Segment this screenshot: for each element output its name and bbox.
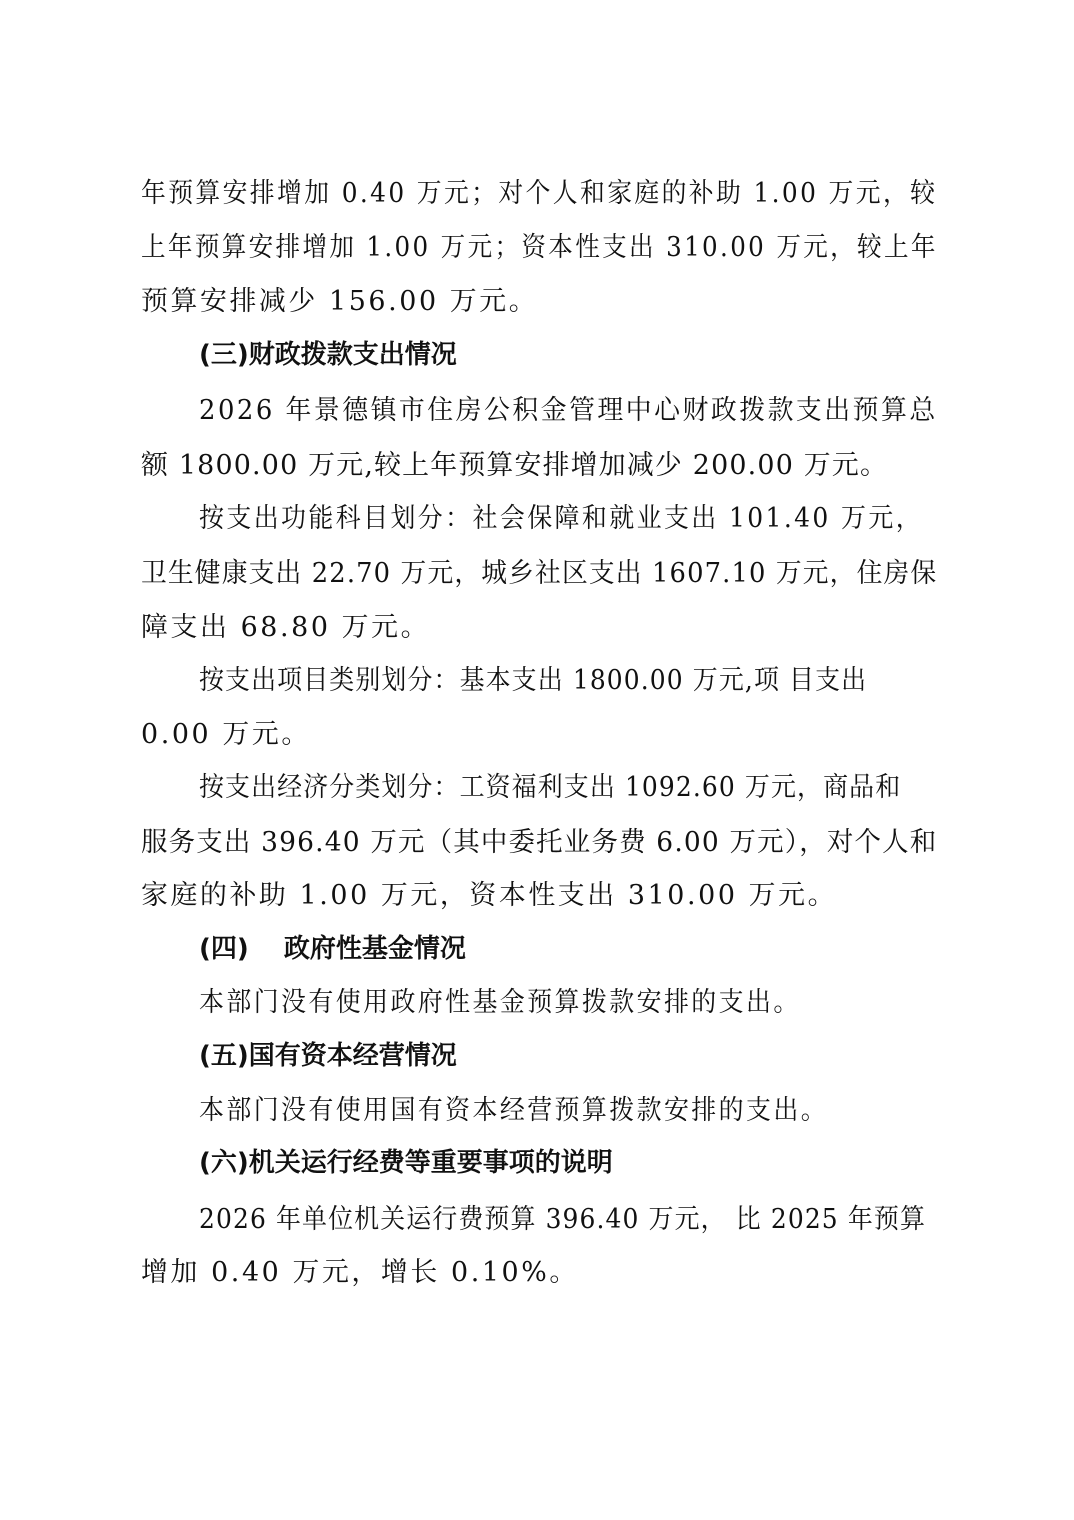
paragraph-line: 按支出项目类别划分：基本支出 1800.00 万元,项 目支出	[199, 663, 938, 699]
paragraph-line: 2026 年景德镇市住房公积金管理中心财政拨款支出预算总	[199, 393, 908, 429]
document-page: 年预算安排增加 0.40 万元；对个人和家庭的补助 1.00 万元，较 上年预算…	[0, 0, 1074, 1520]
paragraph-line: 本部门没有使用政府性基金预算拨款安排的支出。	[199, 985, 938, 1021]
paragraph-line: 年预算安排增加 0.40 万元；对个人和家庭的补助 1.00 万元，较	[141, 176, 876, 212]
section-heading-6: (六)机关运行经费等重要事项的说明	[199, 1145, 999, 1181]
paragraph-line: 预算安排减少 156.00 万元。	[141, 284, 938, 320]
paragraph-line: 服务支出 396.40 万元（其中委托业务费 6.00 万元），对个人和	[141, 825, 925, 861]
paragraph-line: 本部门没有使用国有资本经营预算拨款安排的支出。	[199, 1093, 938, 1129]
paragraph-line: 按支出功能科目划分：社会保障和就业支出 101.40 万元，	[199, 501, 938, 537]
paragraph-line: 障支出 68.80 万元。	[141, 610, 938, 646]
section-heading-4: (四) 政府性基金情况	[199, 931, 999, 967]
paragraph-line: 上年预算安排增加 1.00 万元；资本性支出 310.00 万元，较上年	[141, 230, 868, 266]
paragraph-line: 增加 0.40 万元，增长 0.10%。	[141, 1255, 938, 1291]
paragraph-line: 额 1800.00 万元,较上年预算安排增加减少 200.00 万元。	[141, 448, 938, 484]
section-heading-3: (三)财政拨款支出情况	[199, 337, 999, 373]
section-heading-5: (五)国有资本经营情况	[199, 1038, 999, 1074]
paragraph-line: 卫生健康支出 22.70 万元，城乡社区支出 1607.10 万元，住房保	[141, 556, 904, 592]
paragraph-line: 0.00 万元。	[141, 717, 938, 753]
paragraph-line: 家庭的补助 1.00 万元，资本性支出 310.00 万元。	[141, 878, 938, 914]
paragraph-line: 2026 年单位机关运行费预算 396.40 万元， 比 2025 年预算	[199, 1202, 938, 1238]
paragraph-line: 按支出经济分类划分：工资福利支出 1092.60 万元，商品和	[199, 770, 938, 806]
